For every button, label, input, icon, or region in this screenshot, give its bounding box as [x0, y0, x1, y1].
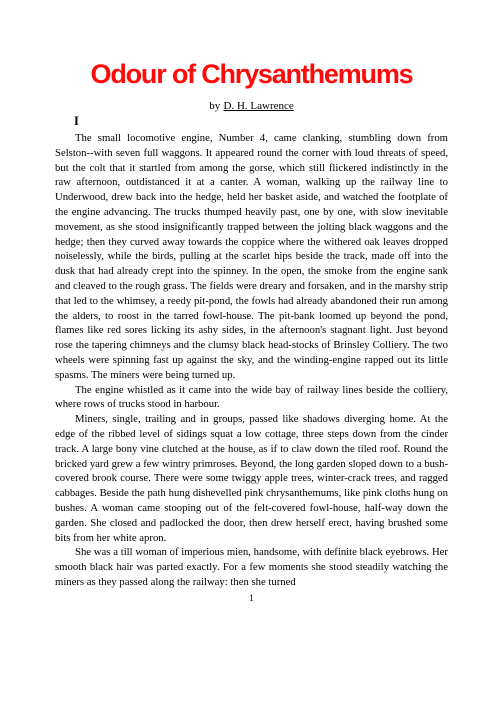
- story-title: Odour of Chrysanthemums: [55, 57, 448, 91]
- story-paragraph: The small locomotive engine, Number 4, c…: [55, 131, 448, 383]
- story-body: The small locomotive engine, Number 4, c…: [55, 131, 448, 590]
- page-number: 1: [55, 593, 448, 605]
- byline: byD. H. Lawrence: [55, 99, 448, 114]
- story-paragraph: She was a till woman of imperious mien, …: [55, 545, 448, 589]
- author-link[interactable]: D. H. Lawrence: [224, 100, 294, 112]
- section-heading: I: [74, 114, 448, 129]
- story-paragraph: Miners, single, trailing and in groups, …: [55, 412, 448, 545]
- book-page: Odour of Chrysanthemums byD. H. Lawrence…: [0, 0, 502, 708]
- byline-prefix: by: [209, 100, 220, 112]
- story-paragraph: The engine whistled as it came into the …: [55, 383, 448, 413]
